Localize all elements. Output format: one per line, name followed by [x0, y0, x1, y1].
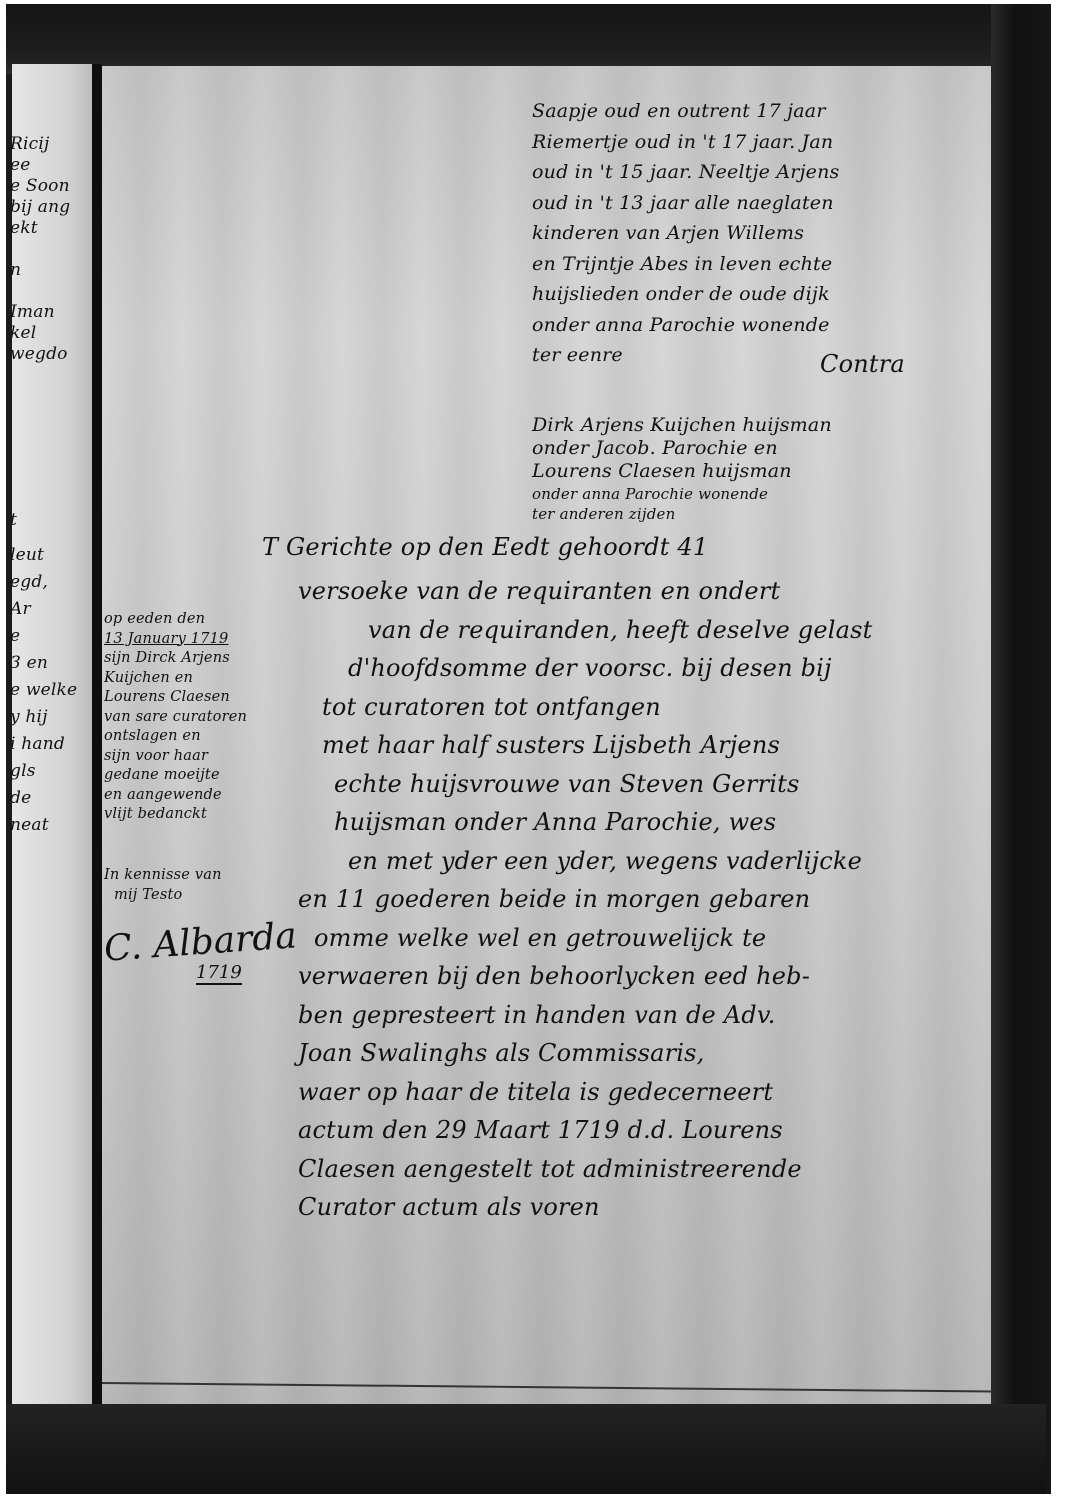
fragment-line: egd, — [10, 572, 77, 593]
scan-bottom-shadow — [6, 1404, 1046, 1494]
margin-note-line: gedane moeijte — [104, 766, 247, 786]
contra-line: onder Jacob. Parochie en — [532, 437, 832, 460]
fragment-line: i hand — [10, 734, 77, 755]
fragment-line: Iman — [10, 302, 70, 323]
fragment-line — [10, 281, 70, 302]
contra-parties-block: Dirk Arjens Kuijchen huijsman onder Jaco… — [532, 414, 832, 522]
fragment-line: n — [10, 260, 70, 281]
margin-note-line: sijn Dirck Arjens — [104, 649, 247, 669]
main-text-line: Claesen aengestelt tot administreerende — [298, 1150, 873, 1189]
main-text-line: versoeke van de requiranten en ondert — [298, 572, 873, 611]
fragment-line: 3 en — [10, 653, 77, 674]
fragment-line: Ricij — [10, 134, 70, 155]
parties-block: Saapje oud en outrent 17 jaar Riemertje … — [532, 96, 840, 371]
fragment-line: e welke — [10, 680, 77, 701]
party-line: kinderen van Arjen Willems — [532, 218, 840, 249]
main-text-line: ben gepresteert in handen van de Adv. — [298, 996, 873, 1035]
fragment-line: y hij — [10, 707, 77, 728]
main-text-line: tot curatoren tot ontfangen — [298, 688, 873, 727]
fragment-line: e — [10, 626, 77, 647]
main-text-line: Joan Swalinghs als Commissaris, — [298, 1034, 873, 1073]
scan-top-shadow — [6, 4, 1046, 74]
fragment-line: gls — [10, 761, 77, 782]
fragment-line: wegdo — [10, 344, 70, 365]
margin-note-line: vlijt bedanckt — [104, 805, 247, 825]
main-text-line: en 11 goederen beide in morgen gebaren — [298, 880, 873, 919]
party-line: oud in 't 13 jaar alle naeglaten — [532, 188, 840, 219]
main-text-line: d'hoofdsomme der voorsc. bij desen bij — [298, 649, 873, 688]
fragment-line: bij ang — [10, 197, 70, 218]
contra-line: ter anderen zijden — [532, 506, 832, 522]
main-text-line: huijsman onder Anna Parochie, wes — [298, 803, 873, 842]
fragment-line: de — [10, 788, 77, 809]
main-text-line: echte huijsvrouwe van Steven Gerrits — [298, 765, 873, 804]
main-text-body: versoeke van de requiranten en ondert va… — [298, 572, 873, 1227]
scan-right-shadow — [991, 4, 1051, 1494]
fragment-line — [10, 239, 70, 260]
margin-note-line: sijn voor haar — [104, 747, 247, 767]
party-line: huijslieden onder de oude dijk — [532, 279, 840, 310]
contra-line: onder anna Parochie wonende — [532, 483, 832, 506]
binding-gutter — [92, 64, 102, 1414]
party-line: Riemertje oud in 't 17 jaar. Jan — [532, 127, 840, 158]
attestation-note: In kennisse van mij Testo — [104, 866, 222, 905]
main-text-line: van de requiranden, heeft deselve gelast — [298, 611, 873, 650]
main-text-line: omme welke wel en getrouwelijck te — [298, 919, 873, 958]
fragment-line: kel — [10, 323, 70, 344]
margin-note-line: en aangewende — [104, 786, 247, 806]
attestation-line: In kennisse van — [104, 866, 222, 886]
margin-note-line: op eeden den — [104, 610, 247, 630]
main-text-line: actum den 29 Maart 1719 d.d. Lourens — [298, 1111, 873, 1150]
main-text-line: waer op haar de titela is gedecerneert — [298, 1073, 873, 1112]
party-line: onder anna Parochie wonende — [532, 310, 840, 341]
main-text-block: T Gerichte op den Eedt gehoordt 41 — [262, 528, 708, 567]
margin-note-line: Kuijchen en — [104, 669, 247, 689]
party-line: oud in 't 15 jaar. Neeltje Arjens — [532, 157, 840, 188]
fragment-line: neat — [10, 815, 77, 836]
party-line: en Trijntje Abes in leven echte — [532, 249, 840, 280]
margin-note-line: ontslagen en — [104, 727, 247, 747]
main-text-line: met haar half susters Lijsbeth Arjens — [298, 726, 873, 765]
main-text-line: en met yder een yder, wegens vaderlijcke — [298, 842, 873, 881]
main-text-line: T Gerichte op den Eedt gehoordt 41 — [262, 528, 708, 567]
party-line: Saapje oud en outrent 17 jaar — [532, 96, 840, 127]
fragment-line: t — [10, 510, 77, 531]
contra-line: Lourens Claesen huijsman — [532, 460, 832, 483]
main-text-line: Curator actum als voren — [298, 1188, 873, 1227]
attestation-line: mij Testo — [104, 886, 222, 906]
fragment-line: Ar — [10, 599, 77, 620]
margin-note-line: Lourens Claesen — [104, 688, 247, 708]
margin-note-line: van sare curatoren — [104, 708, 247, 728]
margin-note-date: 13 January 1719 — [104, 630, 247, 650]
party-line: ter eenre — [532, 340, 840, 371]
signature-year: 1719 — [196, 962, 242, 985]
fragment-line: e Soon — [10, 176, 70, 197]
main-text-line: verwaeren bij den behoorlycken eed heb- — [298, 957, 873, 996]
left-page-fragments: Ricij ee e Soon bij ang ekt n Iman kel w… — [10, 134, 70, 365]
contra-line: Dirk Arjens Kuijchen huijsman — [532, 414, 832, 437]
margin-note: op eeden den 13 January 1719 sijn Dirck … — [104, 610, 247, 825]
contra-label: Contra — [820, 350, 905, 378]
fragment-line: ekt — [10, 218, 70, 239]
left-page-fragments-lower: t leut egd, Ar e 3 en e welke y hij i ha… — [10, 510, 77, 836]
fragment-line: leut — [10, 545, 77, 566]
fragment-line: ee — [10, 155, 70, 176]
